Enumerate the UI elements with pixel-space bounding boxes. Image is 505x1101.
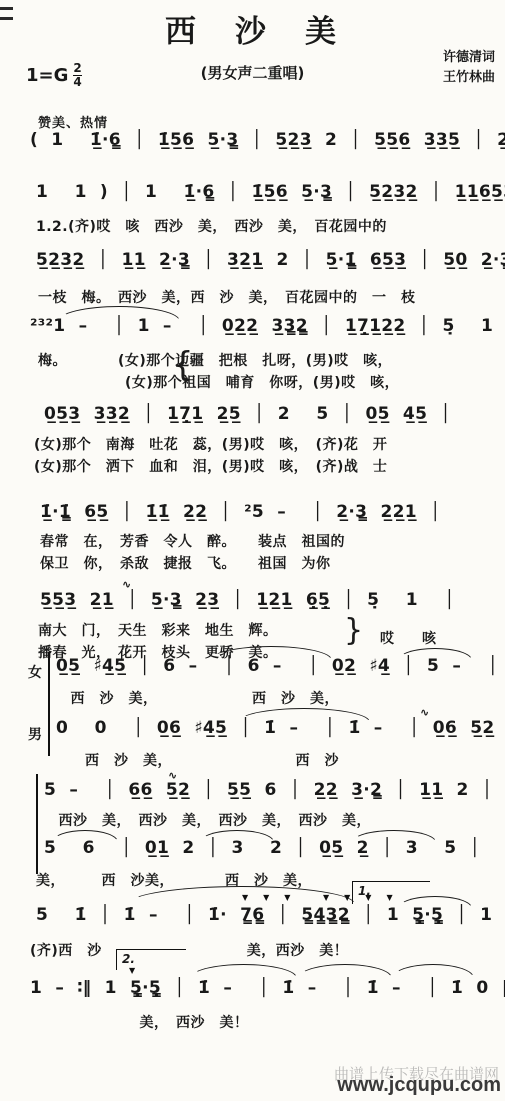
notes-line-11: 5 6 │ 0̲1̲ 2 │ 3 2 │ 0̲5̲ 2̲ │ 3 5 │ [44,838,480,858]
key-label: 1=G [26,65,68,86]
song-title: 西 沙 美 [0,6,505,51]
lyrics-line-13: 美， 西沙 美！ [96,1012,249,1032]
watermark: 曲谱上传下载尽在曲谱网 www.jcqupu.com [281,1059,501,1097]
voice-label-female: 女 [28,662,42,682]
notes-line-5: 0̲5̲3̲ 3̲3̲2̲ │ 1̲7̣̲1̲ 2̲5̲ │ 2 5 │ 0̲5… [44,404,451,424]
lyrics-line-5a: (女)那个 南海 吐花 蕊，(男)哎 咳， (齐)花 开 [34,434,387,454]
notes-line-4: ²³²1 – │ 1 – │ 0̲2̲2̲ 3̲3̳2̳ │ 1̲7̣̲1̲2̲… [30,316,505,336]
lyrics-line-5b: (女)那个 洒下 血和 泪，(男)哎 咳， (齐)战 士 [34,456,387,476]
sheet-music-page: 西 沙 美 (男女声二重唱) 许德清词 王竹林曲 1=G 2 4 赞美、热情 (… [0,0,505,1101]
first-ending-bracket: 1. [352,881,430,904]
time-numerator: 2 [73,62,81,75]
notes-line-3: 5̲2̲3̲2̲ │ 1̲1̲ 2̲·3̳ │ 3̲2̲1̲ 2 │ 5̲·1̇… [36,250,505,270]
lyrics-line-6b: 保卫 你， 杀敌 捷报 飞。 祖国 为你 [40,553,331,573]
time-signature: 2 4 [73,62,81,88]
system-bracket [48,652,50,756]
lyrics-line-12: (齐)西 沙 美，西沙 美！ [30,940,348,960]
notes-line-6: 1̲̇·1̳̇ 6̲5̲ │ 1̲̇1̲̇ 2̲2̲ │ ²5 – │ 2̲·3… [40,502,441,522]
lyrics-line-9: 西 沙 美， 西 沙 [56,750,339,770]
lyrics-line-4a: 梅。 (女)那个边疆 把根 扎呀，(男)哎 咳， [38,350,392,370]
notes-line-12: 5 1̇ │ 1̇ – │ 1̇· 7̳6̳ │ 5̳4̳3̳2̳ │ 1 5̣… [36,905,505,925]
slur-arc [190,964,297,978]
lyricist-credit: 许德清词 [443,48,495,68]
notes-line-7: 5̲5̲3̲ 2̲1̲ │ 5̲·3̳ 2̲3̲ │ 1̲2̲1̲ 6̣̲5̣̲… [40,590,455,610]
lyrics-brace-open: { [172,348,194,382]
notes-line-2: 1 1 ) │ 1 1̲̇·6̳ │ 1̲̇5̲6̲ 5̲·3̳ │ 5̲2̲3… [36,182,505,202]
slur-arc [392,964,474,978]
slur-arc [298,964,392,978]
notes-line-1: ( 1 1̲̇·6̳ │ 1̲̇5̲6̲ 5̲·3̳ │ 5̲2̲3̲ 2 │ … [30,130,505,150]
lyrics-brace-close: } [344,616,363,646]
second-ending-bracket: 2. [116,949,186,970]
composer-credit: 王竹林曲 [443,68,495,88]
key-signature: 1=G 2 4 [26,62,82,88]
voice-label-male: 男 [28,724,42,744]
lyrics-line-6a: 春常 在， 芳香 令人 醉。 装点 祖国的 [40,531,345,551]
notes-line-13: 1 – ∶‖ 1 5̣̳·5̣̳ │ 1̇ – │ 1̇ – │ 1̇ – │ … [30,978,505,998]
system-bracket [36,774,38,874]
watermark-url: www.jcqupu.com [337,1074,501,1097]
accent-mark: ▼ [129,966,135,975]
time-denominator: 4 [73,75,81,89]
aike-interjection: 哎 咳 [380,628,436,648]
lyrics-line-10: 西沙 美， 西沙 美， 西沙 美， 西沙 美， [44,810,371,830]
lyrics-line-7a: 南大 门， 天生 彩来 地生 辉。 [38,620,278,640]
lyrics-line-3: 一枝 梅。 西沙 美，西 沙 美， 百花园中的 一 枝 [38,287,416,307]
notes-line-8-female: 0̲5̲ ♯4̲5̲ │ 6 – │ 6 – │ 0̲2̲ ♯4̲ │ 5 – … [56,656,498,676]
notes-line-9-male: 0 0 │ 0̲6̲ ♯4̲5̲ │ 1̇ – │ 1̇ – │ 0̲6̲ 5̲… [56,718,505,738]
notes-line-10: 5 – │ 6̲6̲ 5̲2̲ │ 5̲5̲ 6 │ 2̲2̲ 3̲·2̳ │ … [44,780,492,800]
lyrics-line-2: 1.2.(齐)哎 咳 西沙 美， 西沙 美， 百花园中的 [36,216,387,236]
tempo-marking: 赞美、热情 [38,112,108,131]
lyrics-line-8: 西 沙 美， 西 沙 美， [56,688,339,708]
lyrics-line-4b: (女)那个祖国 哺育 你呀，(男)哎 咳， [38,372,399,392]
credits: 许德清词 王竹林曲 [443,48,495,88]
